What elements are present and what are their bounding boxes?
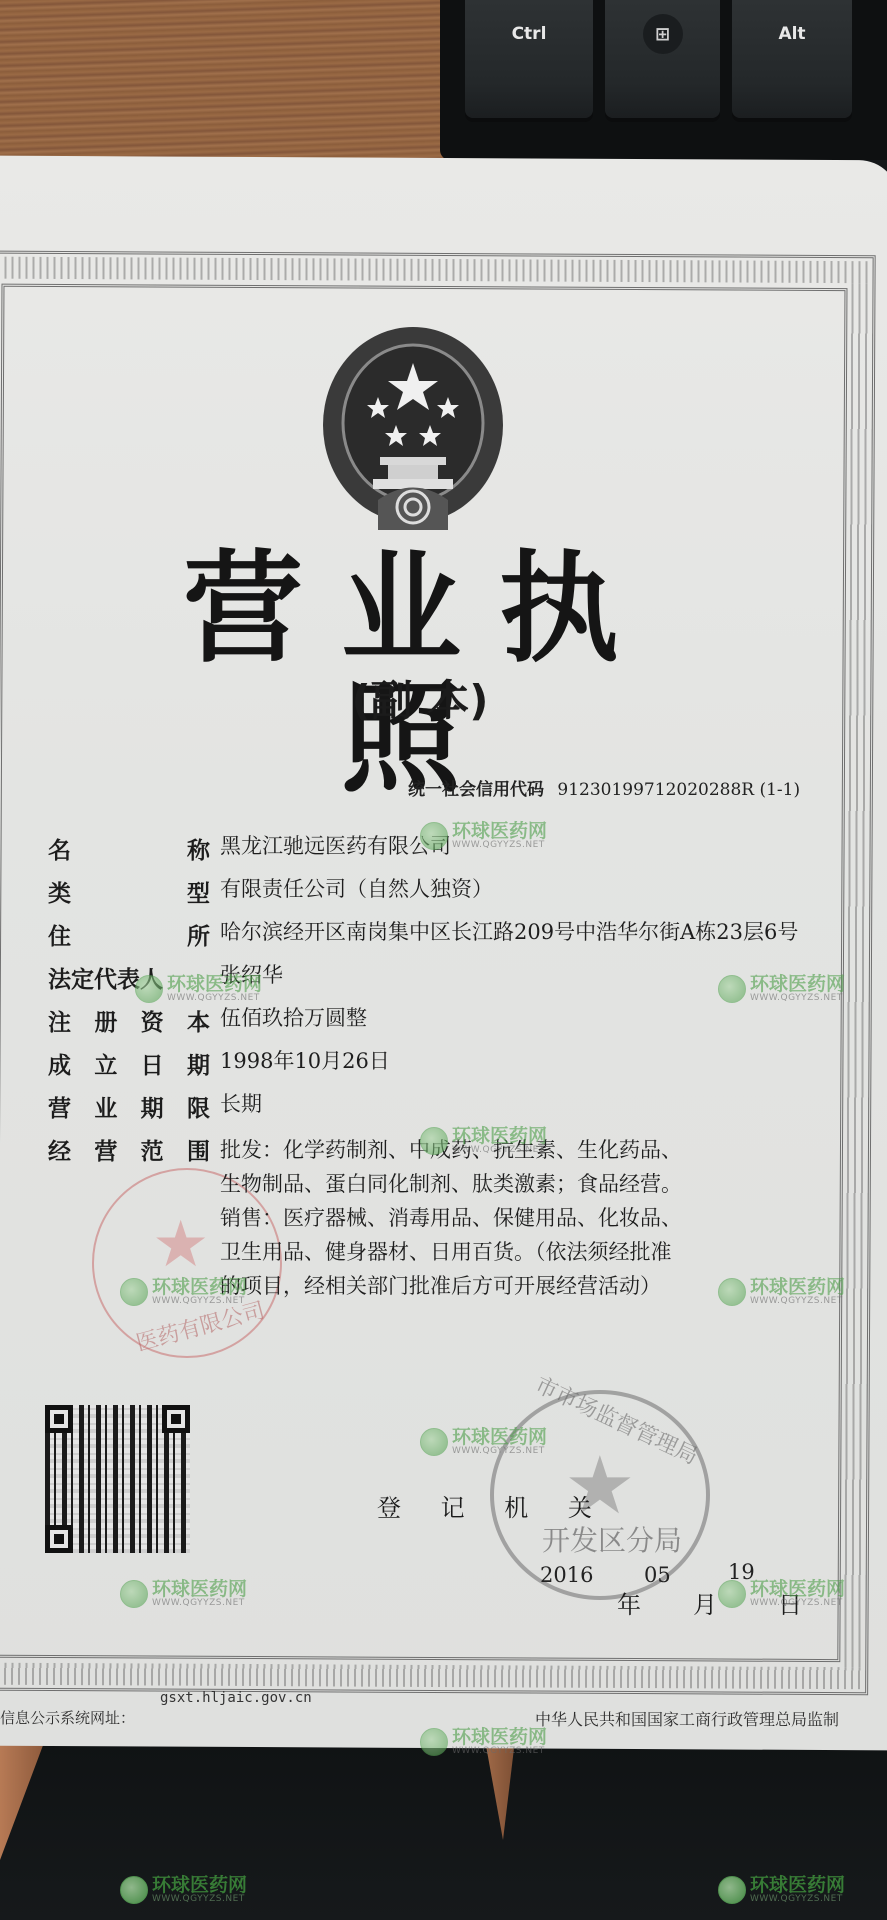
globe-icon	[120, 1580, 148, 1608]
watermark: 环球医药网WWW.QGYYZS.NET	[718, 1876, 845, 1904]
watermark-en: WWW.QGYYZS.NET	[452, 1447, 547, 1456]
watermark-en: WWW.QGYYZS.NET	[750, 994, 845, 1003]
label-char: 范	[141, 1133, 164, 1166]
document-subtitle: (副 本)	[320, 668, 520, 728]
ctrl-key: Ctrl	[465, 0, 593, 118]
label-char: 住	[48, 918, 71, 951]
label-char: 名	[48, 832, 71, 865]
label-char: 型	[187, 875, 210, 908]
company-type-value: 有限责任公司（自然人独资）	[210, 875, 493, 904]
field-address: 住 所 哈尔滨经开区南岗集中区长江路209号中浩华尔街A栋23层6号	[48, 918, 868, 961]
field-label: 名 称	[48, 832, 210, 865]
field-label: 成 立 日 期	[48, 1047, 210, 1080]
watermark-en: WWW.QGYYZS.NET	[152, 1599, 247, 1608]
label-char: 营	[94, 1133, 117, 1166]
ctrl-key-label: Ctrl	[512, 24, 547, 44]
label-char: 类	[48, 875, 71, 908]
qr-finder-pattern	[162, 1405, 190, 1433]
field-type: 类 型 有限责任公司（自然人独资）	[48, 875, 868, 918]
watermark-en: WWW.QGYYZS.NET	[750, 1297, 845, 1306]
watermark-en: WWW.QGYYZS.NET	[167, 994, 262, 1003]
qr-finder-pattern	[45, 1525, 73, 1553]
windows-logo-icon: ⊞	[643, 14, 683, 54]
globe-icon	[718, 975, 746, 1003]
watermark-cn: 环球医药网	[452, 1428, 547, 1447]
watermark: 环球医药网WWW.QGYYZS.NET	[420, 1127, 547, 1155]
globe-icon	[420, 1428, 448, 1456]
national-emblem-icon	[318, 325, 508, 540]
watermark-cn: 环球医药网	[750, 1876, 845, 1895]
label-char: 所	[187, 918, 210, 951]
scope-line: 的项目，经相关部门批准后方可开展经营活动）	[220, 1269, 730, 1303]
watermark-cn: 环球医药网	[750, 1278, 845, 1297]
scope-line: 销售：医疗器械、消毒用品、保健用品、化妆品、	[220, 1201, 730, 1235]
field-label: 经 营 范 围	[48, 1133, 210, 1166]
registrar-label: 登 记 机 关	[377, 1488, 608, 1523]
globe-icon	[420, 1127, 448, 1155]
globe-icon	[420, 822, 448, 850]
globe-icon	[420, 1728, 448, 1756]
label-char: 业	[94, 1090, 117, 1123]
label-char: 营	[48, 1090, 71, 1123]
watermark: 环球医药网WWW.QGYYZS.NET	[120, 1278, 247, 1306]
label-char: 日	[141, 1047, 164, 1080]
license-fields: 名 称 黑龙江驰远医药有限公司 类 型 有限责任公司（自然人独资） 住 所 哈尔…	[48, 832, 868, 1303]
watermark-cn: 环球医药网	[152, 1876, 247, 1895]
footer-system-label: 信息公示系统网址：	[0, 1707, 135, 1728]
business-scope-value: 批发：化学药制剂、中成药、抗生素、生化药品、 生物制品、蛋白同化制剂、肽类激素；…	[210, 1133, 730, 1303]
label-char: 称	[187, 832, 210, 865]
label-char: 经	[48, 1133, 71, 1166]
footer-issuer: 中华人民共和国国家工商行政管理总局监制	[535, 1707, 839, 1730]
globe-icon	[120, 1876, 148, 1904]
footer-url: gsxt.hljaic.gov.cn	[160, 1690, 312, 1706]
field-established-date: 成 立 日 期 1998年10月26日	[48, 1047, 868, 1090]
seal-bottom-text: 开发区分局	[542, 1519, 682, 1559]
field-registered-capital: 注 册 资 本 伍佰玖拾万圆整	[48, 1004, 868, 1047]
watermark: 环球医药网WWW.QGYYZS.NET	[135, 975, 262, 1003]
watermark: 环球医药网WWW.QGYYZS.NET	[120, 1876, 247, 1904]
watermark-en: WWW.QGYYZS.NET	[452, 1146, 547, 1155]
company-name-value: 黑龙江驰远医药有限公司	[210, 832, 451, 861]
watermark-en: WWW.QGYYZS.NET	[152, 1297, 247, 1306]
watermark-cn: 环球医药网	[167, 975, 262, 994]
wood-desk-surface	[0, 0, 445, 170]
keyboard: Ctrl ⊞ Alt	[440, 0, 887, 160]
watermark-cn: 环球医药网	[452, 1127, 547, 1146]
watermark: 环球医药网WWW.QGYYZS.NET	[420, 1428, 547, 1456]
year-label: 年	[617, 1585, 641, 1620]
registered-capital-value: 伍佰玖拾万圆整	[210, 1004, 367, 1033]
label-char: 资	[141, 1004, 164, 1037]
field-label: 营 业 期 限	[48, 1090, 210, 1123]
established-date-value: 1998年10月26日	[210, 1047, 390, 1076]
globe-icon	[718, 1278, 746, 1306]
watermark-cn: 环球医药网	[452, 1728, 547, 1747]
label-char: 本	[187, 1004, 210, 1037]
label-char: 成	[48, 1047, 71, 1080]
label-char: 限	[187, 1090, 210, 1123]
address-value: 哈尔滨经开区南岗集中区长江路209号中浩华尔街A栋23层6号	[210, 918, 798, 947]
scope-line: 卫生用品、健身器材、日用百货。（依法须经批准	[220, 1235, 730, 1269]
alt-key-label: Alt	[778, 24, 805, 44]
qr-code[interactable]	[45, 1405, 190, 1553]
watermark-cn: 环球医药网	[452, 822, 547, 841]
watermark-en: WWW.QGYYZS.NET	[750, 1599, 845, 1608]
globe-icon	[120, 1278, 148, 1306]
label-char: 期	[141, 1090, 164, 1123]
globe-icon	[135, 975, 163, 1003]
issue-month: 05	[644, 1563, 671, 1587]
watermark-cn: 环球医药网	[750, 1580, 845, 1599]
watermark-cn: 环球医药网	[750, 975, 845, 994]
watermark-en: WWW.QGYYZS.NET	[452, 1747, 547, 1756]
watermark: 环球医药网WWW.QGYYZS.NET	[420, 1728, 547, 1756]
month-label: 月	[693, 1585, 717, 1620]
watermark: 环球医药网WWW.QGYYZS.NET	[718, 1278, 845, 1306]
watermark: 环球医药网WWW.QGYYZS.NET	[718, 975, 845, 1003]
watermark-en: WWW.QGYYZS.NET	[750, 1895, 845, 1904]
watermark: 环球医药网WWW.QGYYZS.NET	[120, 1580, 247, 1608]
label-char: 册	[94, 1004, 117, 1037]
watermark-cn: 环球医药网	[152, 1580, 247, 1599]
credit-code-label: 统一社会信用代码	[408, 780, 544, 800]
qr-finder-pattern	[45, 1405, 73, 1433]
credit-code-value: 91230199712020288R (1-1)	[557, 780, 800, 800]
label-char: 注	[48, 1004, 71, 1037]
field-label: 类 型	[48, 875, 210, 908]
scope-line: 生物制品、蛋白同化制剂、肽类激素；食品经营。	[220, 1167, 730, 1201]
business-term-value: 长期	[210, 1090, 262, 1119]
watermark-en: WWW.QGYYZS.NET	[152, 1895, 247, 1904]
field-label: 注 册 资 本	[48, 1004, 210, 1037]
credit-code: 统一社会信用代码 91230199712020288R (1-1)	[408, 775, 800, 800]
watermark-cn: 环球医药网	[152, 1278, 247, 1297]
alt-key: Alt	[732, 0, 852, 118]
watermark: 环球医药网WWW.QGYYZS.NET	[718, 1580, 845, 1608]
label-char: 围	[187, 1133, 210, 1166]
globe-icon	[718, 1876, 746, 1904]
label-char: 立	[94, 1047, 117, 1080]
watermark-en: WWW.QGYYZS.NET	[452, 841, 547, 850]
globe-icon	[718, 1580, 746, 1608]
field-label: 住 所	[48, 918, 210, 951]
issue-year: 2016	[540, 1563, 593, 1587]
label-char: 期	[187, 1047, 210, 1080]
watermark: 环球医药网WWW.QGYYZS.NET	[420, 822, 547, 850]
windows-key: ⊞	[605, 0, 720, 118]
